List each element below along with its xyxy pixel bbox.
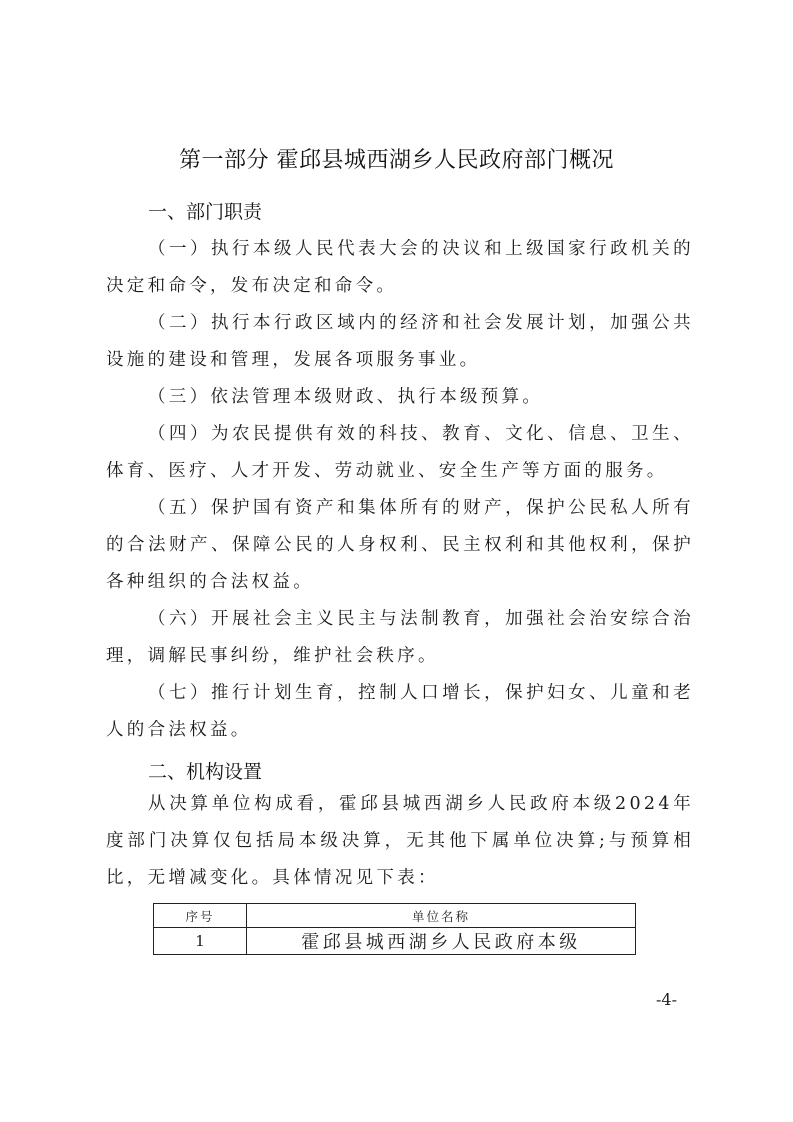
paragraph-duty-5: （五）保护国有资产和集体所有的财产，保护公民私人所有的合法财产、保障公民的人身权… [106,490,694,601]
cell-unit-name: 霍邱县城西湖乡人民政府本级 [247,928,636,955]
section-heading-duties: 一、部门职责 [148,197,262,224]
page-number: -4- [656,990,677,1009]
paragraph-organization: 从决算单位构成看，霍邱县城西湖乡人民政府本级2024年度部门决算仅包括局本级决算… [106,786,694,897]
column-header-index: 序号 [154,904,247,928]
section-heading-organization: 二、机构设置 [148,757,262,784]
document-page: 第一部分 霍邱县城西湖乡人民政府部门概况 一、部门职责 （一）执行本级人民代表大… [0,0,793,1122]
paragraph-duty-3: （三）依法管理本级财政、执行本级预算。 [106,379,694,416]
paragraph-duty-6: （六）开展社会主义民主与法制教育，加强社会治安综合治理，调解民事纠纷，维护社会秩… [106,601,694,675]
cell-index: 1 [154,928,247,955]
page-title: 第一部分 霍邱县城西湖乡人民政府部门概况 [0,143,793,174]
paragraph-duty-2: （二）执行本行政区域内的经济和社会发展计划，加强公共设施的建设和管理，发展各项服… [106,305,694,379]
table-header-row: 序号 单位名称 [154,904,636,928]
table-row: 1 霍邱县城西湖乡人民政府本级 [154,928,636,955]
column-header-unit-name: 单位名称 [247,904,636,928]
paragraph-duty-1: （一）执行本级人民代表大会的决议和上级国家行政机关的决定和命令，发布决定和命令。 [106,231,694,305]
units-table: 序号 单位名称 1 霍邱县城西湖乡人民政府本级 [153,903,636,955]
paragraph-duty-4: （四）为农民提供有效的科技、教育、文化、信息、卫生、体育、医疗、人才开发、劳动就… [106,416,694,490]
paragraph-duty-7: （七）推行计划生育，控制人口增长，保护妇女、儿童和老人的合法权益。 [106,675,694,749]
